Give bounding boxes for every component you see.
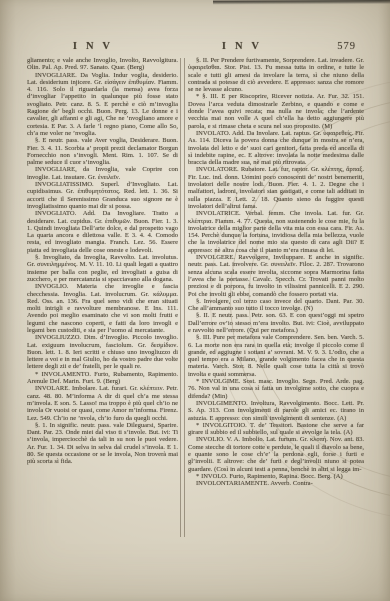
dictionary-paragraph: §. II. E neutr. pass. Petr. son. 63. E c… [188, 312, 364, 334]
dictionary-paragraph: INVOLARE. Imbolare. Lat. furari. Gr. κλέ… [27, 385, 178, 421]
dictionary-paragraph: §. 1. In signific. neutr. pass. vale Dil… [27, 422, 178, 466]
dictionary-paragraph: INVOGLIUZZO. Dim. d’Invoglio. Piccolo in… [27, 334, 178, 370]
right-edge-shadow [378, 0, 390, 601]
adjacent-page-shadow [213, 0, 390, 5]
dictionary-paragraph: INVOGLIATO. Add. Da Invogliare. Tratto a… [27, 210, 178, 254]
dictionary-paragraph: * §. III. E per Riscoprire, Ricever noti… [188, 93, 364, 129]
dictionary-paragraph: INVOLIO. V. A. Imbolio. Lat. furtum. Gr.… [188, 436, 364, 472]
book-page-scan: I N V I N V 579 gliamento; e vale anche … [0, 0, 390, 601]
dictionary-paragraph: * INVOLGITOIO. T. de’ Tessitori. Bastone… [188, 422, 364, 437]
dictionary-paragraph: * INVOLAMENTO. Furto, Rubamento, Rapimen… [27, 371, 178, 386]
dictionary-paragraph: INVOGLIARE, da Invoglia, vale Coprire co… [27, 166, 178, 181]
column-divider-rule [180, 58, 185, 537]
right-text-column: §. II. Per Prendere furtivamente, Sorpre… [188, 57, 364, 563]
dictionary-paragraph: INVOGLIO. Materia che invoglie e fascia … [27, 283, 178, 334]
dictionary-paragraph: INVOGLIARE. Da Voglia. Indur voglia, des… [27, 72, 178, 138]
running-title-right: I N V [209, 41, 275, 55]
dictionary-paragraph: §. III. Pure per metafora vale Comprende… [188, 334, 364, 378]
dictionary-paragraph: §. II. Per Prendere furtivamente, Sorpre… [188, 57, 364, 93]
dictionary-paragraph: §. E neutr. pass. vale Aver voglia, Desi… [27, 137, 178, 166]
running-title-left: I N V [60, 41, 126, 55]
dictionary-paragraph: INVOGLIATISSIMO. Superl. d’Invogliato. L… [27, 181, 178, 210]
dictionary-paragraph: INVOLONTARIAMENTE. Avverb. Contra- [188, 480, 364, 487]
dictionary-paragraph: INVOLATO. Add. Da Involare. Lat. raptus.… [188, 130, 364, 166]
dictionary-paragraph: INVOLGIMENTO. Involtura, Ravvolgimento. … [188, 400, 364, 422]
dictionary-paragraph: §. Invogliato, da Invoglia, Ravvolto. La… [27, 254, 178, 283]
left-edge-shadow [0, 0, 16, 601]
page-number: 579 [326, 41, 356, 55]
dictionary-paragraph: * INVOLGIME. Sost. masc. Invoglio. Segn.… [188, 378, 364, 400]
dictionary-paragraph: INVOLATRICE. Verbal. femm. Che invola. L… [188, 210, 364, 254]
dictionary-paragraph: INVOLATORE. Rubatore. Lat. fur, raptor. … [188, 166, 364, 210]
dictionary-paragraph: INVOLGERE. Ravvolgere, Inviluppare. E an… [188, 254, 364, 298]
dictionary-paragraph: gliamento; e vale anche Invoglio, Involt… [27, 57, 178, 72]
dictionary-paragraph: §. Involgere, col terzo caso invece del … [188, 298, 364, 313]
left-text-column: gliamento; e vale anche Invoglio, Involt… [27, 57, 178, 536]
dictionary-paragraph: * INVOLO. Furto, Rapimento, Rapina. Bocc… [188, 473, 364, 480]
